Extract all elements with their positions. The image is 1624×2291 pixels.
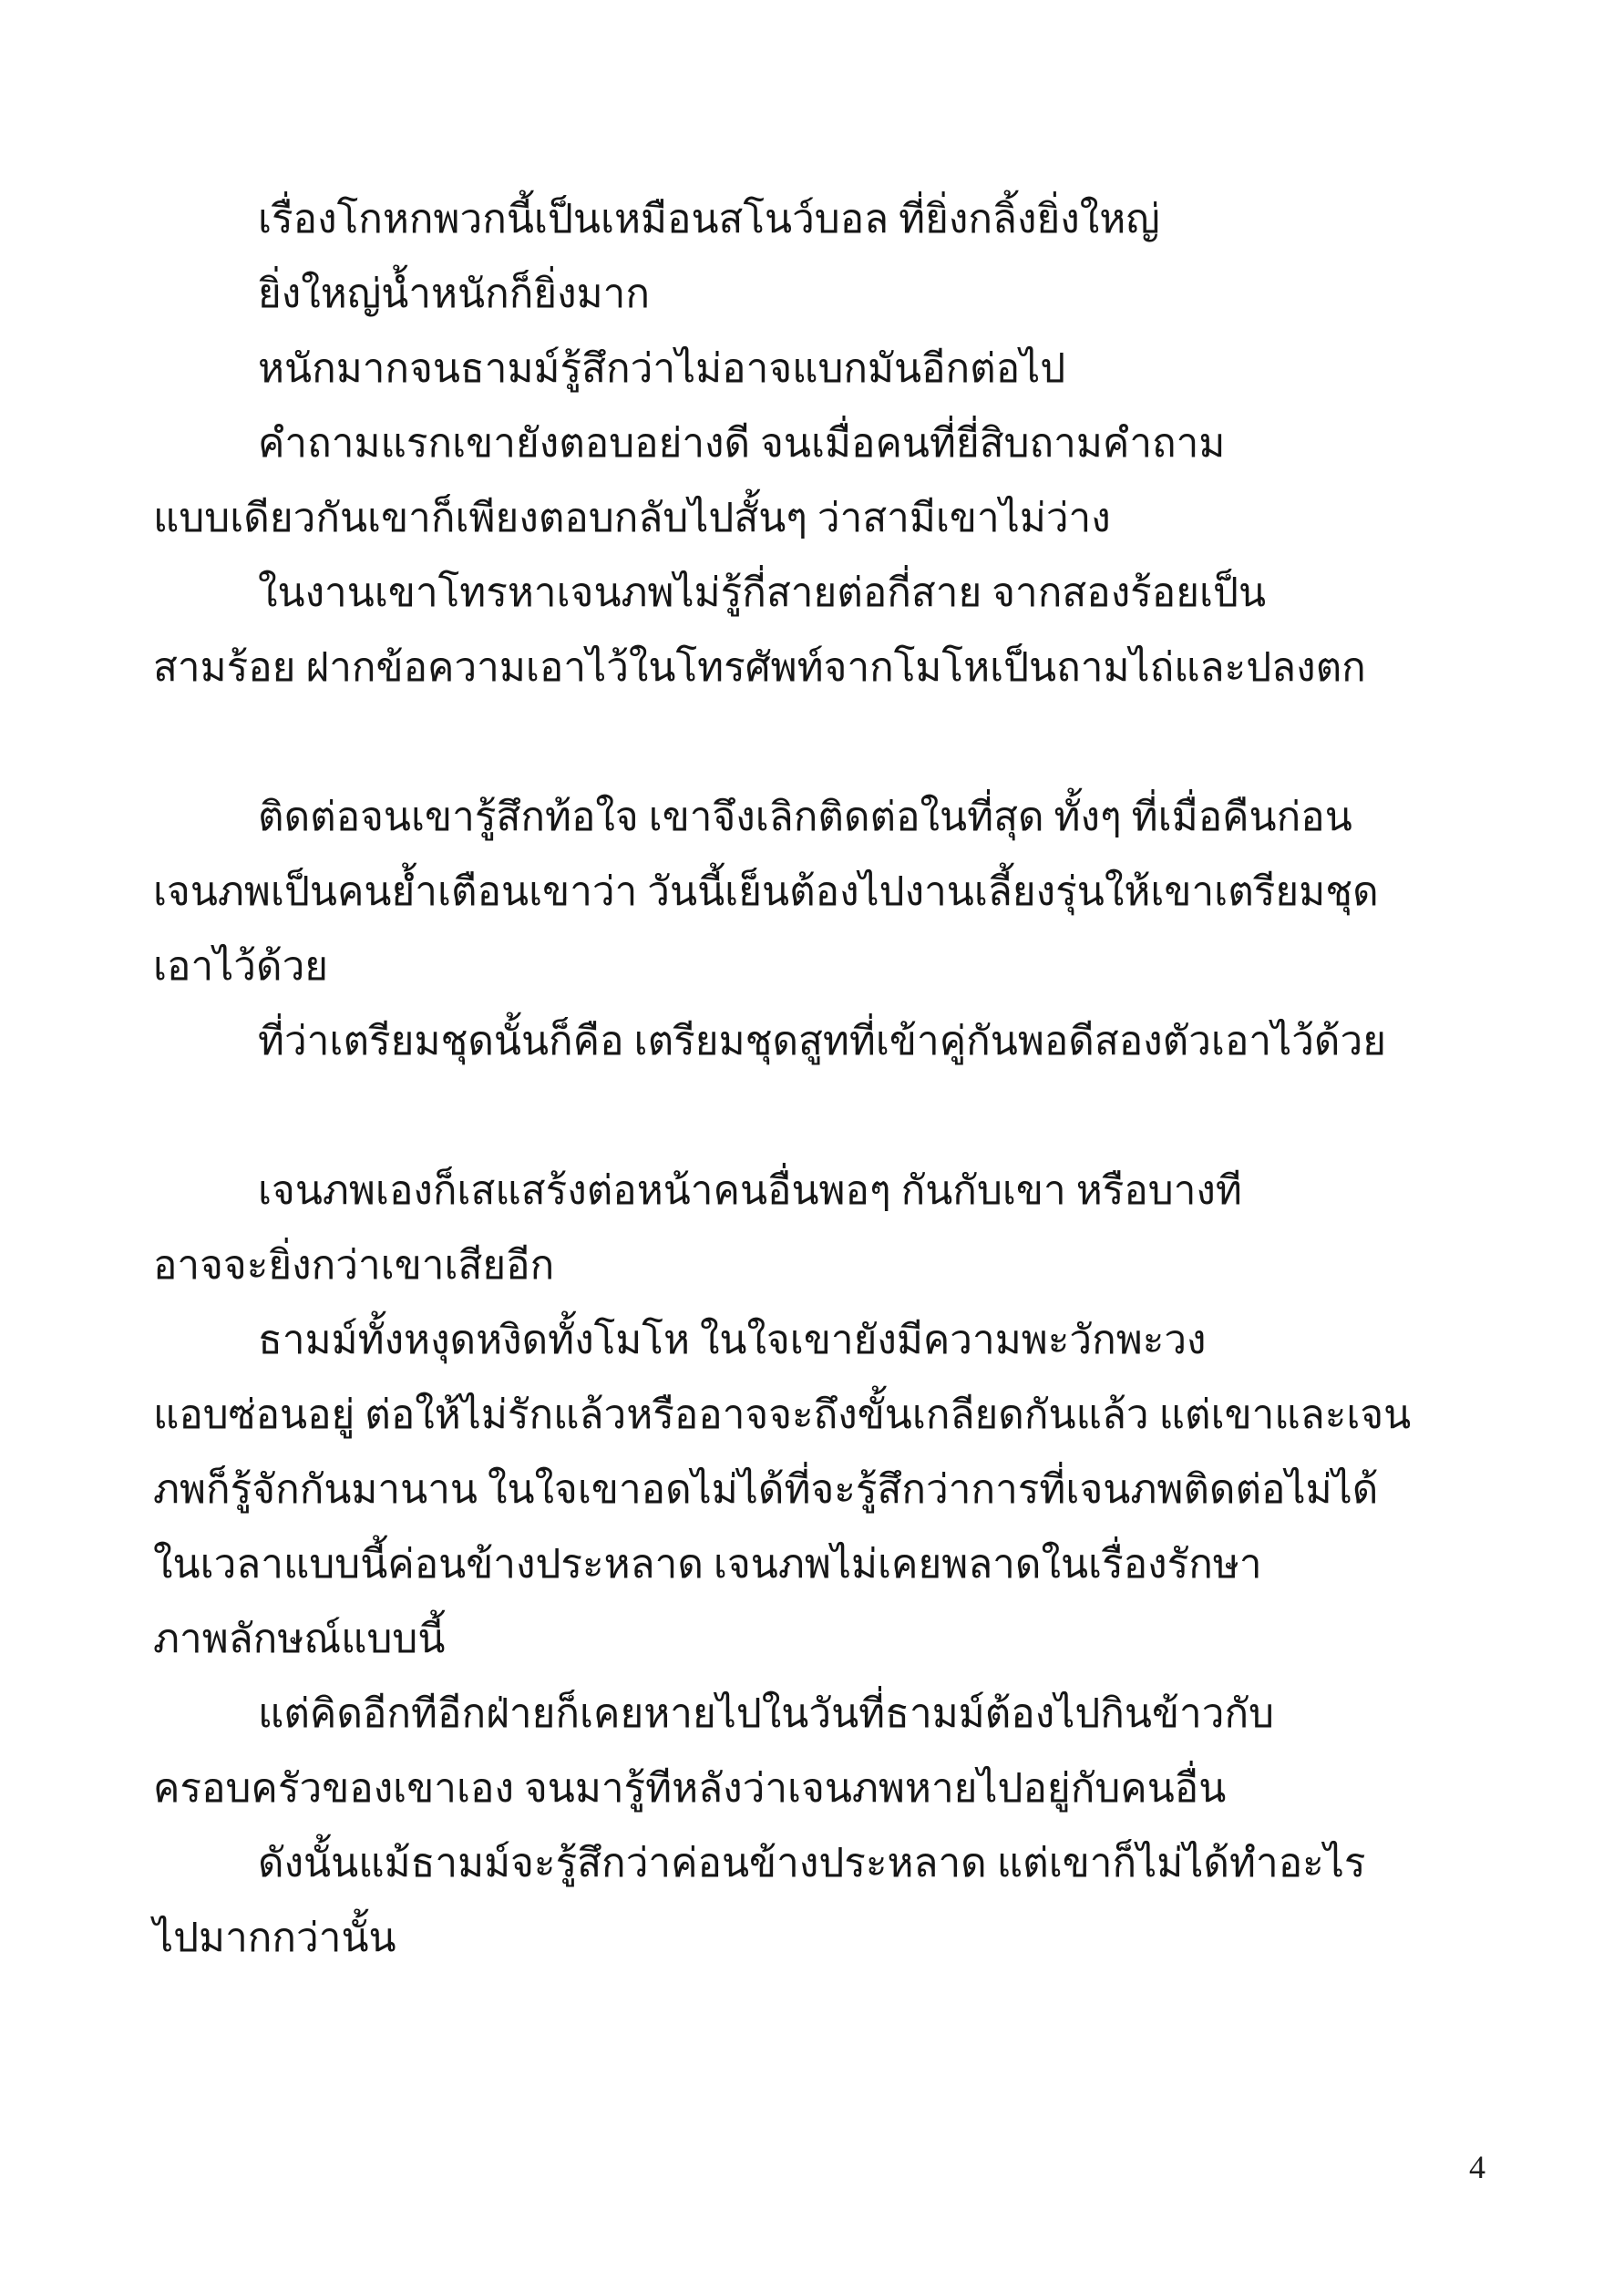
text-line: ไปมากกว่านั้น <box>153 1901 1497 1976</box>
text-line: ภาพลักษณ์แบบนี้ <box>153 1602 1497 1677</box>
text-line: ในเวลาแบบนี้ค่อนข้างประหลาด เจนภพไม่เคยพ… <box>153 1527 1497 1602</box>
text-line: ดังนั้นแม้ธามม์จะรู้สึกว่าค่อนข้างประหลา… <box>153 1826 1497 1901</box>
text-line: ภพก็รู้จักกันมานาน ในใจเขาอดไม่ได้ที่จะร… <box>153 1453 1497 1527</box>
text-line: เจนภพเป็นคนย้ำเตือนเขาว่า วันนี้เย็นต้อง… <box>153 855 1497 930</box>
text-line: ยิ่งใหญ่น้ำหนักก็ยิ่งมาก <box>153 257 1497 332</box>
text-line: สามร้อย ฝากข้อความเอาไว้ในโทรศัพท์จากโมโ… <box>153 631 1497 705</box>
text-line: คำถามแรกเขายังตอบอย่างดี จนเมื่อคนที่ยี่… <box>153 406 1497 481</box>
body-text: เรื่องโกหกพวกนี้เป็นเหมือนสโนว์บอล ที่ยิ… <box>153 182 1497 1976</box>
text-line: หนักมากจนธามม์รู้สึกว่าไม่อาจแบกมันอีกต่… <box>153 332 1497 406</box>
text-line: ในงานเขาโทรหาเจนภพไม่รู้กี่สายต่อกี่สาย … <box>153 556 1497 631</box>
document-page: เรื่องโกหกพวกนี้เป็นเหมือนสโนว์บอล ที่ยิ… <box>0 0 1624 2291</box>
text-line: ครอบครัวของเขาเอง จนมารู้ทีหลังว่าเจนภพห… <box>153 1752 1497 1826</box>
text-line: ที่ว่าเตรียมชุดนั้นก็คือ เตรียมชุดสูทที่… <box>153 1004 1497 1079</box>
text-line: อาจจะยิ่งกว่าเขาเสียอีก <box>153 1228 1497 1303</box>
page-number: 4 <box>1469 2151 1485 2183</box>
text-line: ธามม์ทั้งหงุดหงิดทั้งโมโห ในใจเขายังมีคว… <box>153 1303 1497 1378</box>
text-line: เอาไว้ด้วย <box>153 930 1497 1004</box>
text-line: แต่คิดอีกทีอีกฝ่ายก็เคยหายไปในวันที่ธามม… <box>153 1677 1497 1752</box>
text-line: แบบเดียวกันเขาก็เพียงตอบกลับไปสั้นๆ ว่าส… <box>153 481 1497 556</box>
text-line: ติดต่อจนเขารู้สึกท้อใจ เขาจึงเลิกติดต่อใ… <box>153 780 1497 855</box>
text-line: เรื่องโกหกพวกนี้เป็นเหมือนสโนว์บอล ที่ยิ… <box>153 182 1497 257</box>
text-line: เจนภพเองก็เสแสร้งต่อหน้าคนอื่นพอๆ กันกับ… <box>153 1154 1497 1228</box>
text-line: แอบซ่อนอยู่ ต่อให้ไม่รักแล้วหรืออาจจะถึง… <box>153 1378 1497 1453</box>
